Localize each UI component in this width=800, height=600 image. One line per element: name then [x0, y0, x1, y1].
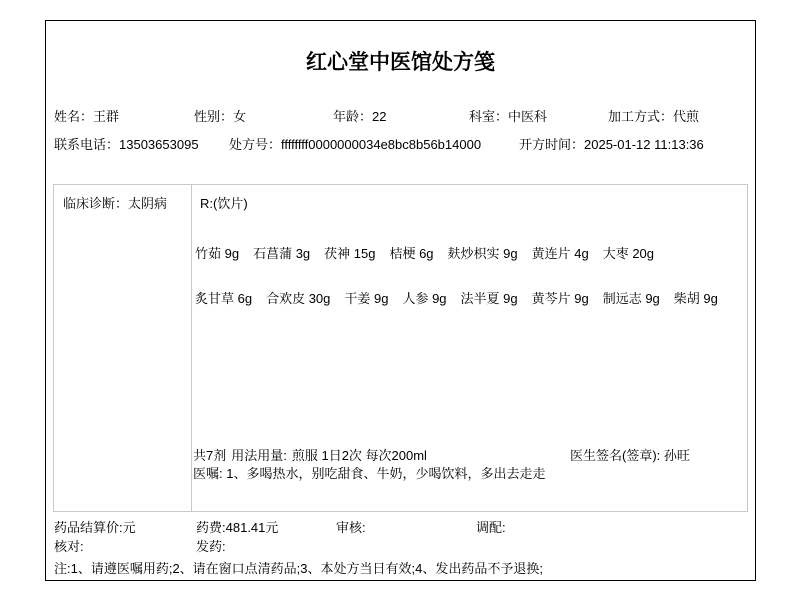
herb-item: 人参 9g: [402, 291, 446, 307]
herb-item: 合欢皮 30g: [266, 291, 330, 307]
field-label: 年龄：: [333, 109, 372, 124]
usage-value: 煎服 1日2次 每次200ml: [292, 448, 427, 463]
dispense-prep-field: 调配:: [476, 520, 506, 536]
field-value: 22: [372, 109, 386, 124]
dose-count: 共7剂: [193, 448, 226, 463]
field-label: 联系电话：: [54, 137, 119, 152]
diagnosis-value: 太阴病: [128, 196, 167, 211]
herb-item: 麸炒枳实 9g: [448, 246, 518, 262]
herb-line-2: 炙甘草 6g合欢皮 30g干姜 9g人参 9g法半夏 9g黄芩片 9g制远志 9…: [195, 291, 741, 307]
advice-value: 1、多喝热水，别吃甜食、牛奶，少喝饮料，多出去走走: [226, 466, 545, 481]
processing-method-field: 加工方式：代煎: [608, 109, 699, 125]
patient-info-row-2: 联系电话：13503653095 处方号：ffffffff0000000034e…: [46, 137, 755, 153]
usage-label: 用法用量:: [231, 448, 287, 463]
field-label: 审核:: [336, 520, 366, 535]
herb-line-1: 竹茹 9g石菖蒲 3g茯神 15g桔梗 6g麸炒枳实 9g黄连片 4g大枣 20…: [195, 246, 741, 262]
diagnosis-label: 临床诊断：: [63, 196, 128, 211]
doctor-advice: 医嘱: 1、多喝热水，别吃甜食、牛奶，少喝饮料，多出去走走: [193, 463, 545, 482]
doctor-signature-label: 医生签名(签章):: [570, 448, 660, 463]
settlement-row-1: 药品结算价:元 药费:481.41元 审核: 调配:: [46, 520, 755, 536]
field-label: 开方时间：: [519, 137, 584, 152]
field-value: 13503653095: [119, 137, 199, 152]
advice-label: 医嘱:: [193, 466, 223, 481]
field-label: 药品结算价:: [54, 520, 123, 535]
prescription-number-field: 处方号：ffffffff0000000034e8bc8b56b14000: [229, 137, 481, 153]
patient-name-field: 姓名：王群: [54, 109, 119, 125]
usage-summary: 共7剂用法用量:煎服 1日2次 每次200ml: [193, 445, 427, 464]
prescription-time-field: 开方时间：2025-01-12 11:13:36: [519, 137, 704, 153]
herb-item: 黄芩片 9g: [532, 291, 589, 307]
herb-item: 炙甘草 6g: [195, 291, 252, 307]
field-value: 中医科: [508, 109, 547, 124]
field-label: 处方号：: [229, 137, 281, 152]
doctor-signature: 医生签名(签章): 孙旺: [570, 445, 690, 464]
patient-gender-field: 性别：女: [194, 109, 246, 125]
prescription-body: 临床诊断：太阴病 R:(饮片) 竹茹 9g石菖蒲 3g茯神 15g桔梗 6g麸炒…: [53, 184, 748, 512]
field-label: 药费:: [196, 520, 226, 535]
herb-item: 桔梗 6g: [389, 246, 433, 262]
issue-field: 发药:: [196, 539, 226, 555]
field-value: 元: [123, 520, 136, 535]
field-value: ffffffff0000000034e8bc8b56b14000: [281, 137, 481, 152]
field-label: 姓名：: [54, 109, 93, 124]
page-title: 红心堂中医馆处方笺: [46, 46, 755, 76]
field-label: 性别：: [194, 109, 233, 124]
diagnosis-cell: 临床诊断：太阴病: [54, 185, 192, 511]
field-label: 发药:: [196, 539, 226, 554]
field-label: 加工方式：: [608, 109, 673, 124]
phone-field: 联系电话：13503653095: [54, 137, 199, 153]
herb-item: 黄连片 4g: [532, 246, 589, 262]
field-value: 王群: [93, 109, 119, 124]
herb-item: 竹茹 9g: [195, 246, 239, 262]
footer-note: 注:1、请遵医嘱用药;2、请在窗口点清药品;3、本处方当日有效;4、发出药品不予…: [54, 558, 543, 577]
rx-header: R:(饮片): [200, 193, 248, 212]
check-field: 核对:: [54, 539, 84, 555]
field-value: 女: [233, 109, 246, 124]
field-value: 2025-01-12 11:13:36: [584, 137, 704, 152]
herb-item: 大枣 20g: [603, 246, 654, 262]
doctor-signature-value: 孙旺: [664, 448, 690, 463]
field-value: 代煎: [673, 109, 699, 124]
herb-item: 干姜 9g: [344, 291, 388, 307]
field-label: 核对:: [54, 539, 84, 554]
field-value: 481.41元: [226, 520, 279, 535]
herb-item: 石菖蒲 3g: [253, 246, 310, 262]
prescription-sheet: 红心堂中医馆处方笺 姓名：王群 性别：女 年龄：22 科室：中医科 加工方式：代…: [45, 20, 756, 581]
rx-cell: R:(饮片) 竹茹 9g石菖蒲 3g茯神 15g桔梗 6g麸炒枳实 9g黄连片 …: [192, 185, 747, 511]
department-field: 科室：中医科: [469, 109, 547, 125]
patient-info-row-1: 姓名：王群 性别：女 年龄：22 科室：中医科 加工方式：代煎: [46, 109, 755, 125]
herb-item: 茯神 15g: [324, 246, 375, 262]
herb-item: 制远志 9g: [603, 291, 660, 307]
review-field: 审核:: [336, 520, 366, 536]
medicine-fee-field: 药费:481.41元: [196, 520, 278, 536]
field-label: 科室：: [469, 109, 508, 124]
patient-age-field: 年龄：22: [333, 109, 386, 125]
settlement-row-2: 核对: 发药:: [46, 539, 755, 555]
herb-item: 法半夏 9g: [461, 291, 518, 307]
settlement-price-field: 药品结算价:元: [54, 520, 136, 536]
herb-item: 柴胡 9g: [674, 291, 718, 307]
field-label: 调配:: [476, 520, 506, 535]
